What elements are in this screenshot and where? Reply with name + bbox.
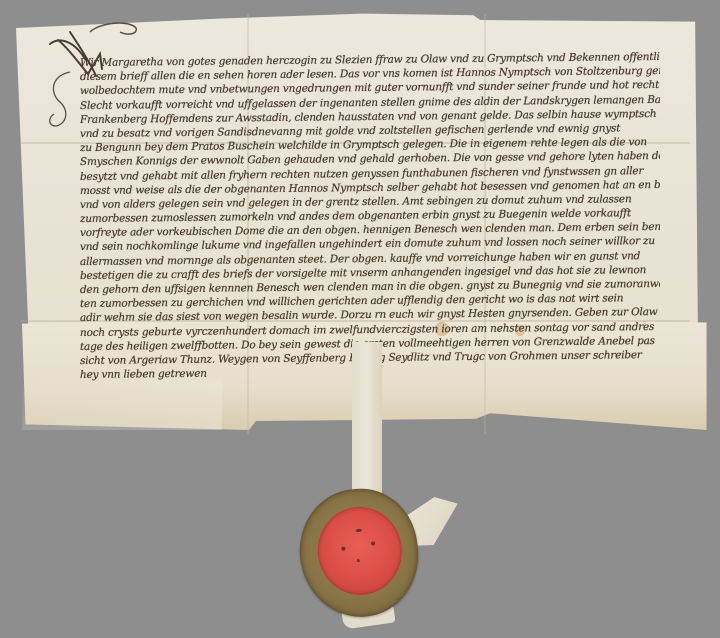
- seal-detail: [355, 529, 361, 533]
- seal-detail: [357, 559, 360, 562]
- wax-seal: [294, 483, 425, 623]
- seal-detail: [341, 546, 345, 550]
- seal-detail: [371, 541, 375, 545]
- charter-photo: Wir Margaretha von gotes genaden herczog…: [0, 0, 720, 638]
- plica-shading: [22, 380, 222, 430]
- seal-impression: [313, 503, 406, 599]
- charter-text: Wir Margaretha von gotes genaden herczog…: [80, 56, 660, 382]
- seal-tag-strip: [352, 342, 382, 502]
